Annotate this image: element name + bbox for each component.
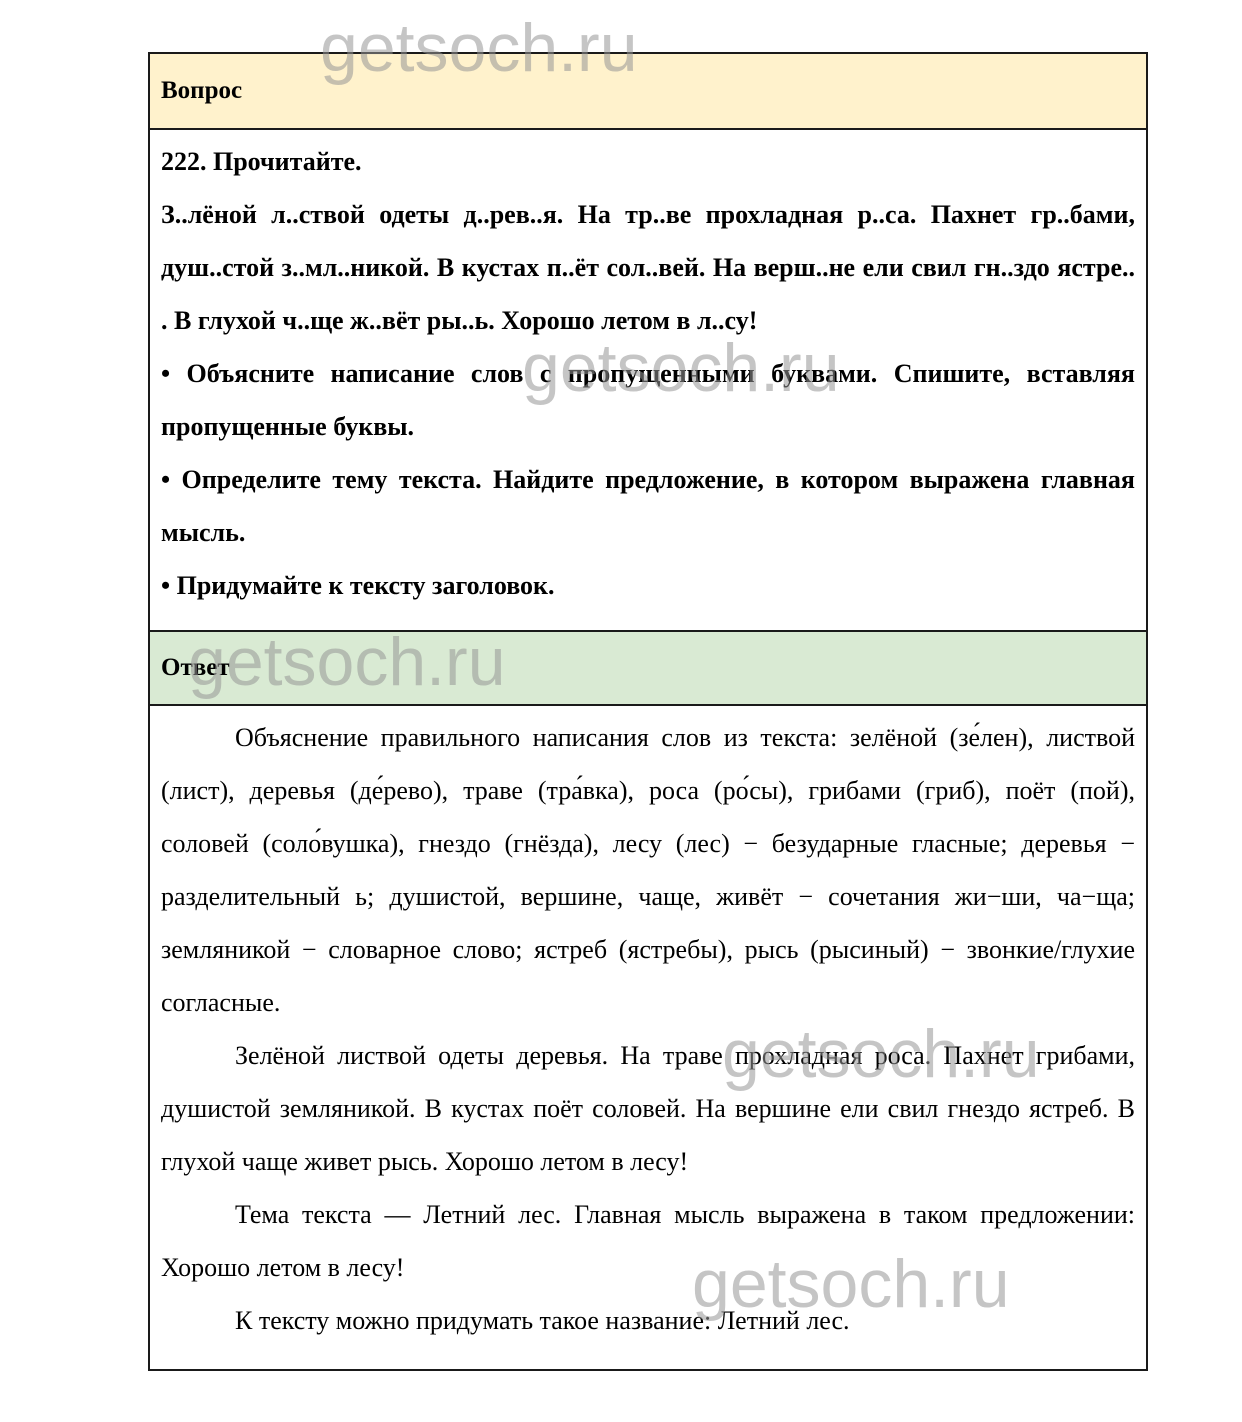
question-cell: 222. Прочитайте. З..лёной л..ствой одеты… <box>150 130 1146 630</box>
answer-paragraph: Тема текста — Летний лес. Главная мысль … <box>161 1188 1135 1294</box>
question-header: Вопрос <box>150 54 1146 130</box>
answer-paragraph: Объяснение правильного написания слов из… <box>161 711 1135 1029</box>
answer-cell: Объяснение правильного написания слов из… <box>150 706 1146 1369</box>
answer-paragraph: К тексту можно придумать такое название:… <box>161 1294 1135 1347</box>
exercise-text: З..лёной л..ствой одеты д..рев..я. На тр… <box>161 188 1135 347</box>
task-item: • Придумайте к тексту заголовок. <box>161 559 1135 612</box>
task-item: • Определите тему текста. Найдите предло… <box>161 453 1135 559</box>
task-item: • Объясните написание слов с пропущенным… <box>161 347 1135 453</box>
answer-header: Ответ <box>150 630 1146 706</box>
question-header-label: Вопрос <box>161 77 242 105</box>
answer-header-label: Ответ <box>161 654 230 682</box>
qa-table: Вопрос 222. Прочитайте. З..лёной л..ство… <box>148 52 1148 1371</box>
exercise-title: 222. Прочитайте. <box>161 135 1135 188</box>
answer-paragraph: Зелёной листвой одеты деревья. На траве … <box>161 1029 1135 1188</box>
